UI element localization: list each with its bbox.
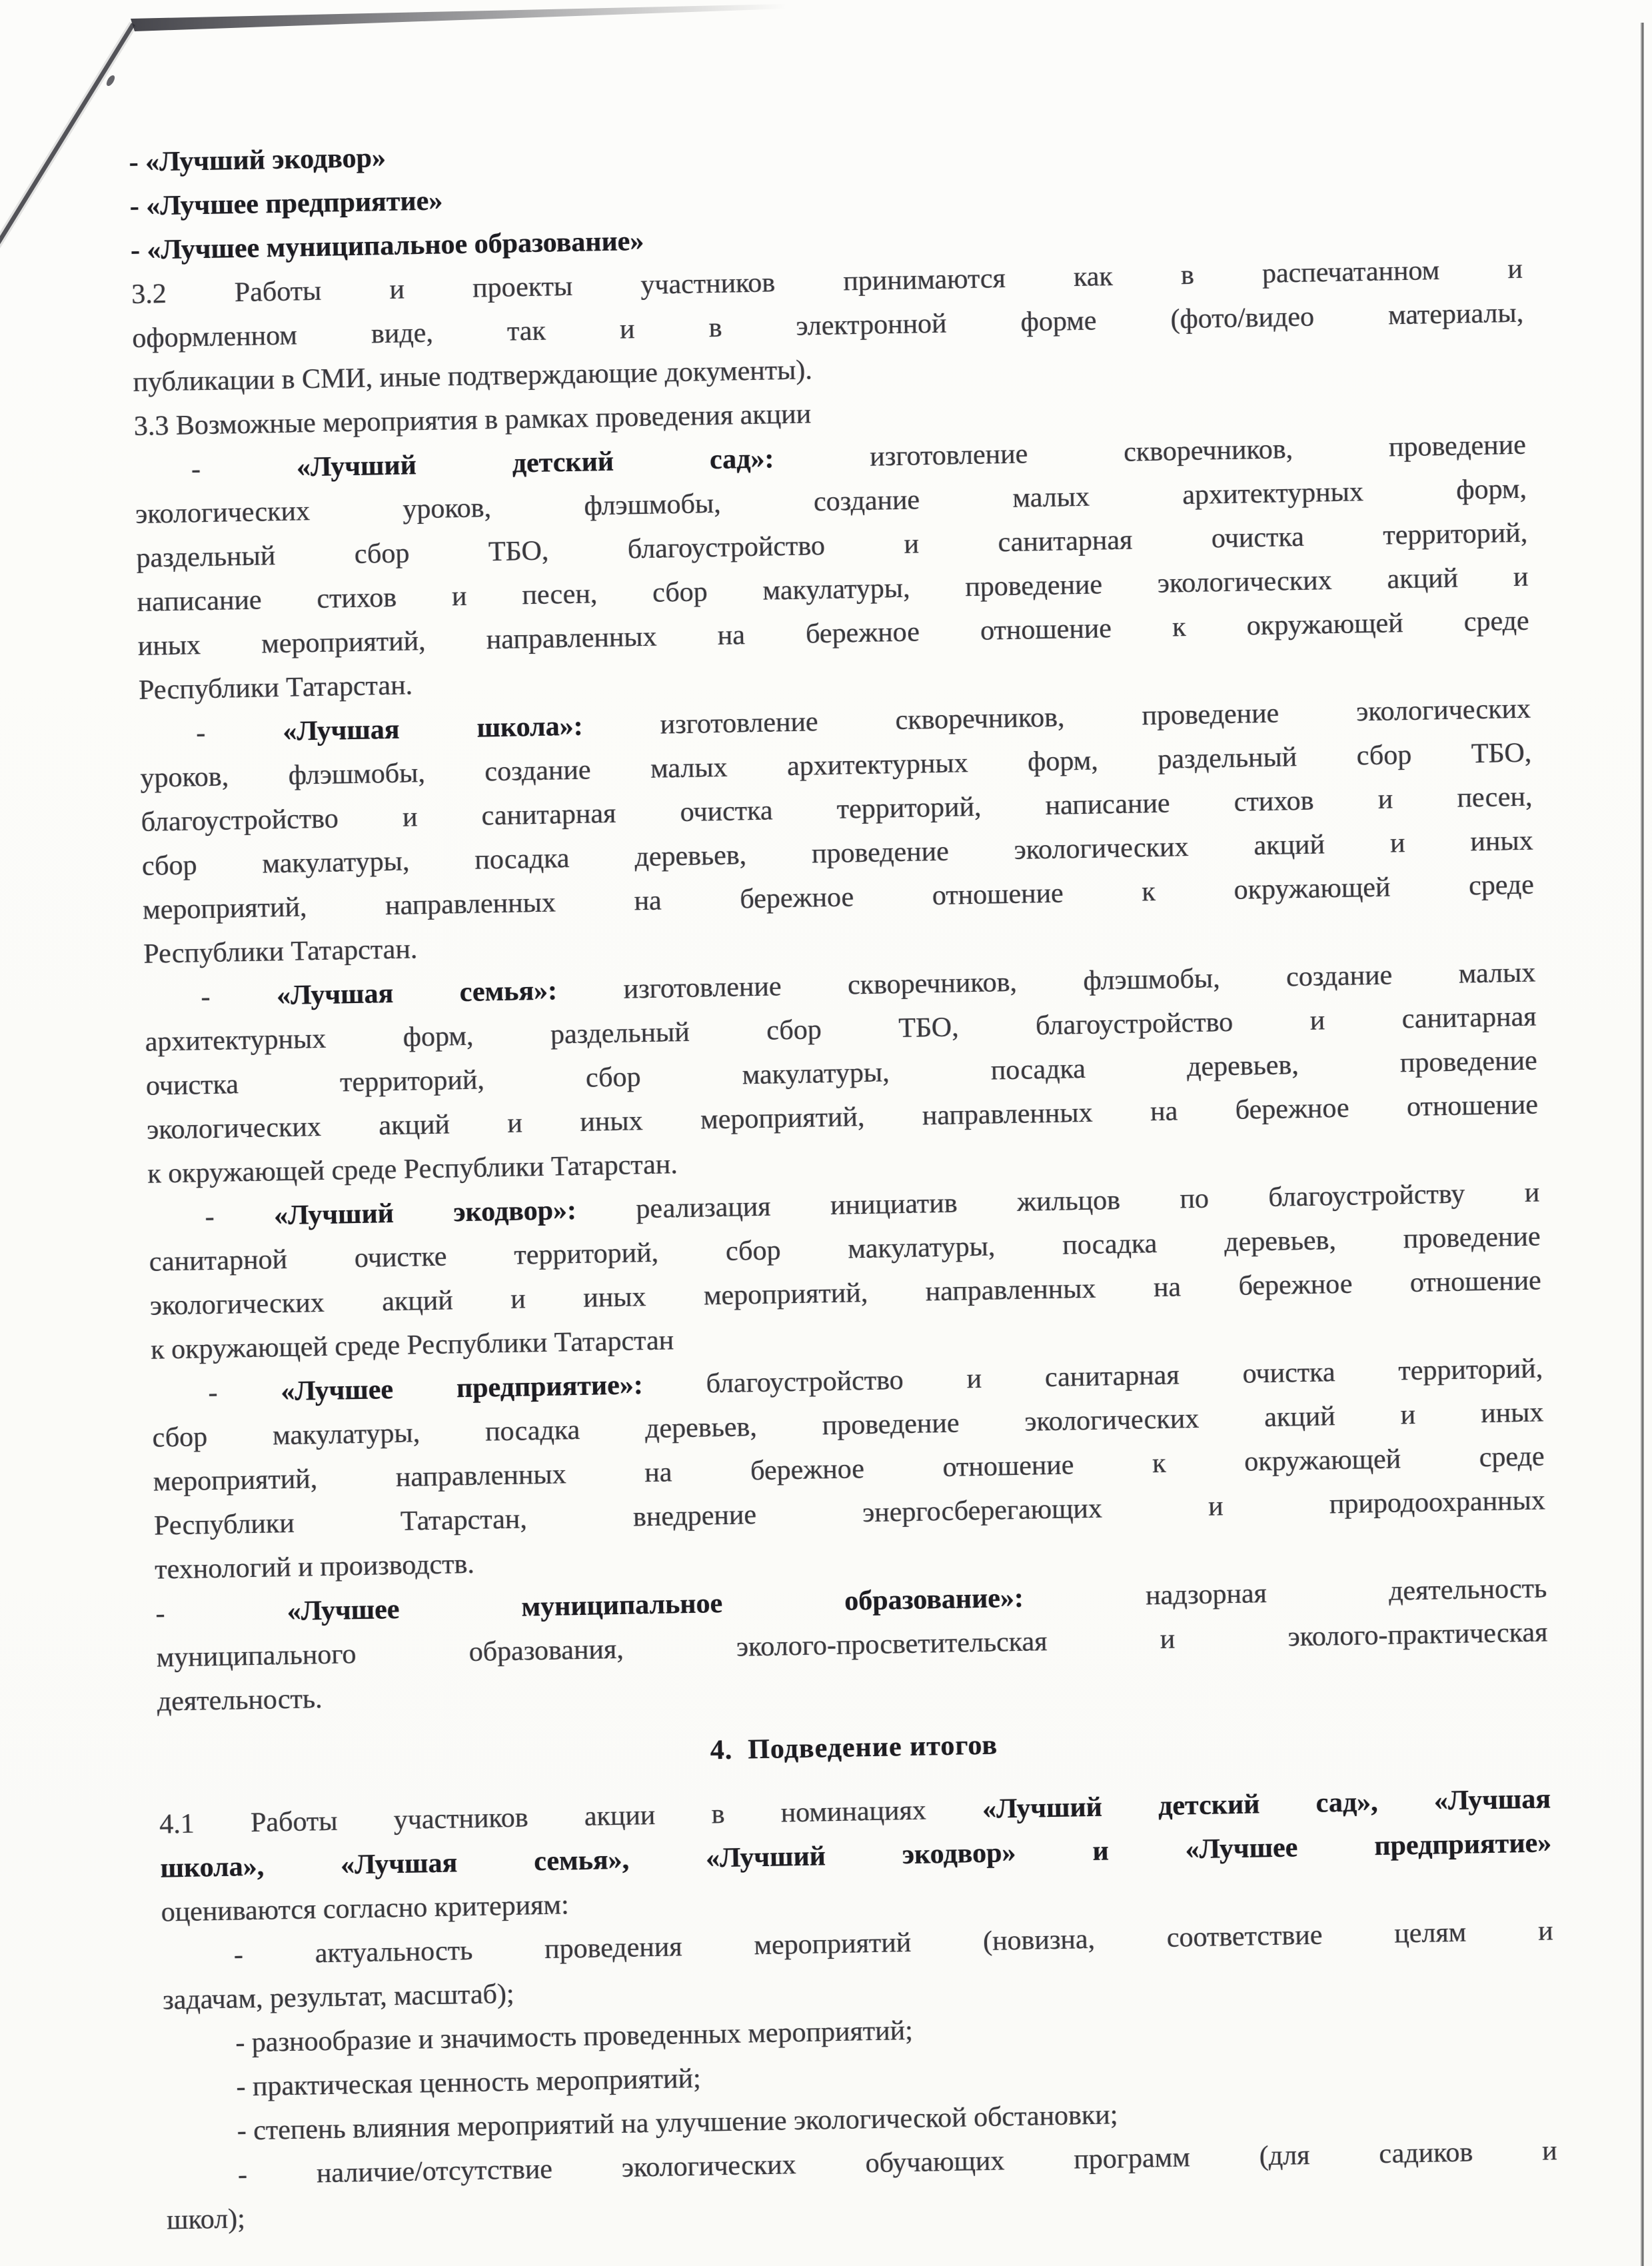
text-run: 4.1 Работы участников акции в номинациях bbox=[159, 1794, 983, 1840]
text-run: - bbox=[196, 716, 283, 748]
text-run: Республики Татарстан. bbox=[139, 670, 413, 706]
bold-text-run: «Лучшее предприятие»: bbox=[281, 1368, 706, 1407]
text-run: к окружающей среде Республики Татарстан bbox=[151, 1325, 674, 1365]
text-run: - bbox=[191, 452, 297, 485]
text-run: публикации в СМИ, иные подтверждающие до… bbox=[133, 355, 812, 398]
text-run: - bbox=[208, 1376, 281, 1408]
text-run: - разнообразие и значимость проведенных … bbox=[235, 2015, 913, 2059]
bold-text-run: «Лучший детский сад»: bbox=[297, 442, 870, 483]
text-run: изготовление скворечников, проведение bbox=[870, 430, 1526, 473]
section-heading: 4. Подведение итогов bbox=[158, 1713, 1550, 1782]
text-run: надзорная деятельность bbox=[1146, 1573, 1547, 1611]
bold-text-run: «Лучший детский сад», «Лучшая bbox=[982, 1783, 1551, 1825]
text-run: Республики Татарстан. bbox=[143, 934, 418, 970]
text-run: школ); bbox=[167, 2203, 246, 2235]
text-run: 3.3 Возможные мероприятия в рамках прове… bbox=[133, 399, 811, 442]
text-run: задачам, результат, масштаб); bbox=[163, 1979, 514, 2016]
text-run: - bbox=[155, 1596, 287, 1630]
bold-text-run: «Лучшая школа»: bbox=[283, 710, 660, 747]
bold-text-run: - «Лучшее муниципальное образование» bbox=[131, 226, 644, 266]
bold-text-run: - «Лучшее предприятие» bbox=[129, 185, 442, 222]
text-run: оцениваются согласно критериям: bbox=[161, 1889, 569, 1927]
bold-text-run: - «Лучший экодвор» bbox=[129, 143, 386, 178]
document-content: - «Лучший экодвор»- «Лучшее предприятие»… bbox=[129, 115, 1558, 2243]
bold-text-run: «Лучший экодвор»: bbox=[274, 1194, 636, 1231]
bold-text-run: 4. Подведение итогов bbox=[710, 1730, 998, 1766]
text-run: к окружающей среде Республики Татарстан. bbox=[147, 1149, 678, 1190]
text-run: - практическая ценность мероприятий; bbox=[236, 2063, 701, 2103]
bold-text-run: «Лучшая семья»: bbox=[277, 974, 624, 1012]
text-run: технологий и производств. bbox=[155, 1549, 474, 1586]
text-run: - bbox=[201, 980, 277, 1012]
text-run: деятельность. bbox=[157, 1684, 323, 1717]
text-run: - bbox=[205, 1200, 274, 1232]
